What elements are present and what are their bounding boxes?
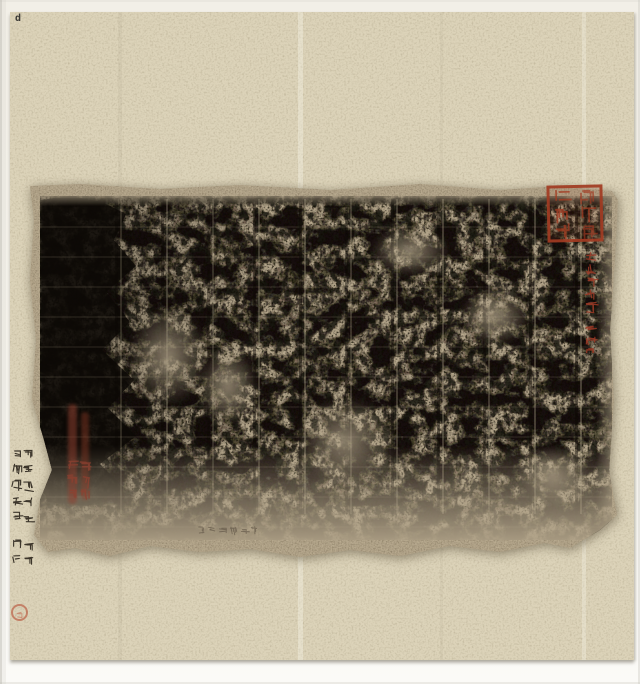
collector-seal-large [546, 184, 603, 242]
round-seal-glyphs [13, 608, 26, 621]
ink-fade-bottom [40, 445, 612, 540]
red-seal-smudge [62, 404, 100, 506]
ink-fade-top [40, 196, 612, 206]
collector-seal-round [11, 604, 28, 621]
ink-loss-patch [370, 226, 450, 276]
rubbing-paper [28, 182, 620, 560]
ink-loss-patch [198, 346, 258, 426]
artwork-scan: d [0, 0, 640, 684]
rubbing-ink-impression [40, 196, 612, 540]
rubbing-paper-wrap [28, 182, 620, 560]
ink-loss-patch [460, 286, 530, 346]
faint-caption [195, 523, 261, 538]
ink-loss-patch [128, 306, 208, 406]
red-smudge-glyphs [64, 458, 94, 504]
corner-mark: d [15, 13, 21, 24]
red-colophon-right [582, 247, 599, 353]
colophon-bottom-left [10, 444, 36, 584]
seal-script-glyphs [549, 187, 600, 239]
